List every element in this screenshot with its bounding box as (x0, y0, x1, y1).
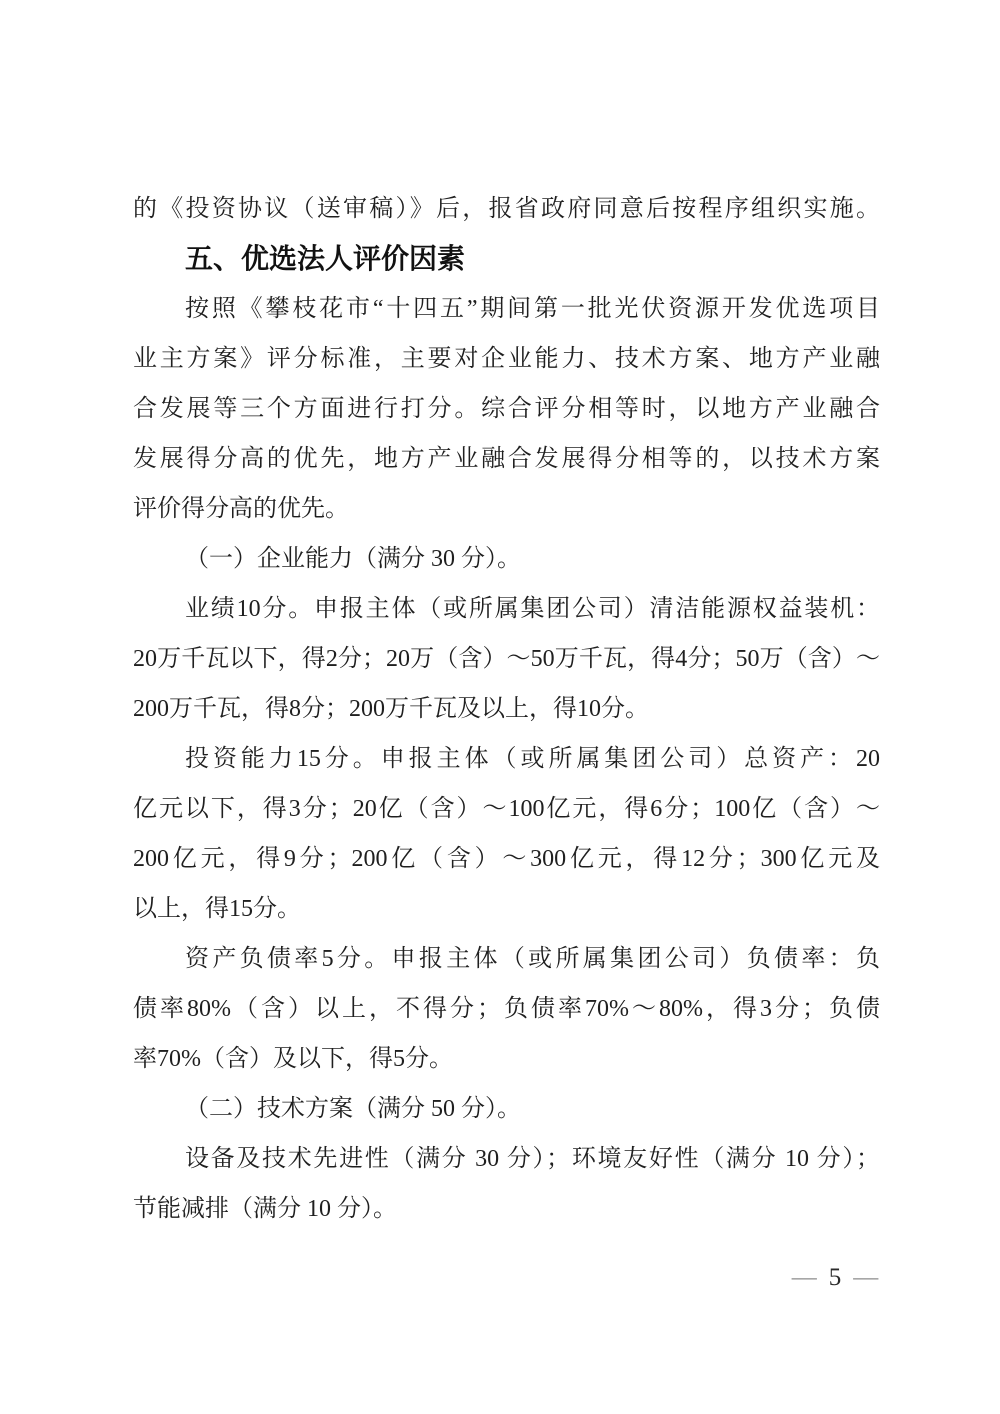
body-line: 200万千瓦，得8分；200万千瓦及以上，得10分。 (133, 684, 880, 734)
body-line: 设备及技术先进性（满分 30 分）；环境友好性（满分 10 分）； (133, 1134, 880, 1184)
body-line: 投资能力15分。申报主体（或所属集团公司）总资产：20 (133, 734, 880, 784)
body-line: 的《投资协议（送审稿）》后，报省政府同意后按程序组织实施。 (133, 184, 880, 234)
body-line: 节能减排（满分 10 分）。 (133, 1184, 880, 1234)
body-line: 按照《攀枝花市“十四五”期间第一批光伏资源开发优选项目 (133, 284, 880, 334)
document-body: 的《投资协议（送审稿）》后，报省政府同意后按程序组织实施。 五、优选法人评价因素… (133, 184, 880, 1234)
page-footer: — 5 — (780, 1256, 890, 1300)
subsection-heading: （二）技术方案（满分 50 分）。 (133, 1084, 880, 1134)
footer-dash-left: — (792, 1264, 817, 1292)
body-line: 业主方案》评分标准，主要对企业能力、技术方案、地方产业融 (133, 334, 880, 384)
body-line: 20万千瓦以下，得2分；20万（含）～50万千瓦，得4分；50万（含）～ (133, 634, 880, 684)
body-line: 债率80%（含）以上，不得分；负债率70%～80%，得3分；负债 (133, 984, 880, 1034)
body-line: 200亿元，得9分；200亿（含）～300亿元，得12分；300亿元及 (133, 834, 880, 884)
body-line: 率70%（含）及以下，得5分。 (133, 1034, 880, 1084)
body-line: 评价得分高的优先。 (133, 484, 880, 534)
footer-dash-right: — (853, 1264, 878, 1292)
body-line: 以上，得15分。 (133, 884, 880, 934)
body-line: 业绩10分。申报主体（或所属集团公司）清洁能源权益装机： (133, 584, 880, 634)
document-page: 的《投资协议（送审稿）》后，报省政府同意后按程序组织实施。 五、优选法人评价因素… (0, 0, 1000, 1414)
body-line: 合发展等三个方面进行打分。综合评分相等时，以地方产业融合 (133, 384, 880, 434)
subsection-heading: （一）企业能力（满分 30 分）。 (133, 534, 880, 584)
body-line: 发展得分高的优先，地方产业融合发展得分相等的，以技术方案 (133, 434, 880, 484)
body-line: 亿元以下，得3分；20亿（含）～100亿元，得6分；100亿（含）～ (133, 784, 880, 834)
page-number: 5 (829, 1264, 842, 1292)
section-heading: 五、优选法人评价因素 (133, 234, 880, 284)
body-line: 资产负债率5分。申报主体（或所属集团公司）负债率：负 (133, 934, 880, 984)
